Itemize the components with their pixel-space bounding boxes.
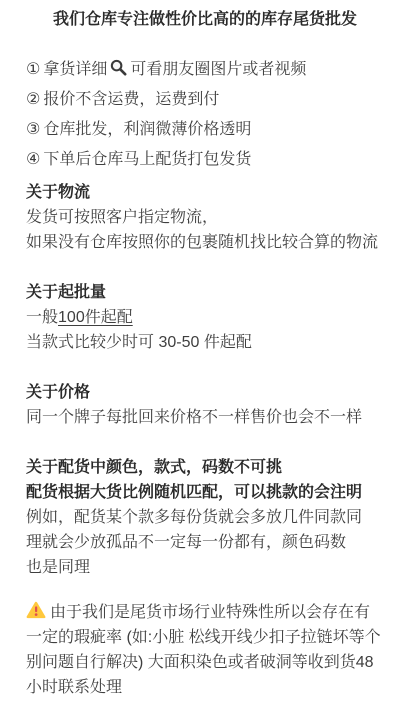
warning-line: 由于我们是尾货市场行业特殊性所以会存在有 [26, 600, 402, 625]
list-item-text: 下单后仓库马上配货打包发货 [43, 151, 251, 168]
list-item-text: 报价不含运费，运费到付 [43, 91, 219, 108]
warning-line: 一定的瑕疵率 (如:小脏 松线开线少扣子拉链坏等个 [26, 625, 402, 650]
section-logistics-line: 如果没有仓库按照你的包裹随机找比较合算的物流 [26, 230, 402, 255]
warning-note: 由于我们是尾货市场行业特殊性所以会存在有 一定的瑕疵率 (如:小脏 松线开线少扣… [26, 600, 402, 700]
section-price-heading: 关于价格 [26, 380, 402, 405]
wholesale-notice-document: 我们仓库专注做性价比高的的库存尾货批发 ①拿货详细可看朋友圈图片或者视频 ②报价… [0, 0, 410, 720]
section-min-order-qty-line: 一般100件起配 [26, 305, 402, 330]
warning-icon [26, 601, 46, 619]
section-assortment-line: 理就会少放孤品不一定每一份都有，颜色码数 [26, 530, 402, 555]
magnifier-icon [109, 58, 128, 77]
qty-underlined: 100件起配 [58, 309, 133, 326]
section-logistics: 关于物流 发货可按照客户指定物流， 如果没有仓库按照你的包裹随机找比较合算的物流 [26, 180, 402, 255]
circled-number-1: ① [26, 61, 40, 78]
warning-text: 由于我们是尾货市场行业特殊性所以会存在有 [50, 604, 370, 621]
circled-number-2: ② [26, 91, 40, 108]
section-price: 关于价格 同一个牌子每批回来价格不一样售价也会不一样 [26, 380, 402, 430]
list-item-text: 仓库批发，利润微薄价格透明 [43, 121, 251, 138]
section-min-order: 关于起批量 一般100件起配 当款式比较少时可 30-50 件起配 [26, 280, 402, 355]
section-assortment-line: 也是同理 [26, 555, 402, 580]
list-item: ②报价不含运费，运费到付 [26, 85, 402, 115]
list-item-text: 拿货详细 [43, 61, 107, 78]
section-assortment-line: 例如，配货某个款多每份货就会多放几件同款同 [26, 505, 402, 530]
section-assortment: 关于配货中颜色，款式，码数不可挑 配货根据大货比例随机匹配，可以挑款的会注明 例… [26, 455, 402, 580]
list-item: ④下单后仓库马上配货打包发货 [26, 145, 402, 175]
list-item: ③仓库批发，利润微薄价格透明 [26, 115, 402, 145]
section-min-order-small-qty-line: 当款式比较少时可 30-50 件起配 [26, 330, 402, 355]
list-item-text: 可看朋友圈图片或者视频 [130, 61, 306, 78]
list-item: ①拿货详细可看朋友圈图片或者视频 [26, 55, 402, 85]
qty-prefix: 一般 [26, 309, 58, 326]
section-logistics-heading: 关于物流 [26, 180, 402, 205]
section-logistics-line: 发货可按照客户指定物流， [26, 205, 402, 230]
section-min-order-heading: 关于起批量 [26, 280, 402, 305]
section-assortment-heading: 关于配货中颜色，款式，码数不可挑 [26, 455, 402, 480]
circled-number-3: ③ [26, 121, 40, 138]
section-assortment-subheading: 配货根据大货比例随机匹配，可以挑款的会注明 [26, 480, 402, 505]
section-price-line: 同一个牌子每批回来价格不一样售价也会不一样 [26, 405, 402, 430]
intro-list: ①拿货详细可看朋友圈图片或者视频 ②报价不含运费，运费到付 ③仓库批发，利润微薄… [26, 55, 402, 175]
circled-number-4: ④ [26, 151, 40, 168]
warning-line: 小时联系处理 [26, 675, 402, 700]
warning-line: 别问题自行解决) 大面积染色或者破洞等收到货48 [26, 650, 402, 675]
page-title: 我们仓库专注做性价比高的的库存尾货批发 [8, 8, 402, 32]
